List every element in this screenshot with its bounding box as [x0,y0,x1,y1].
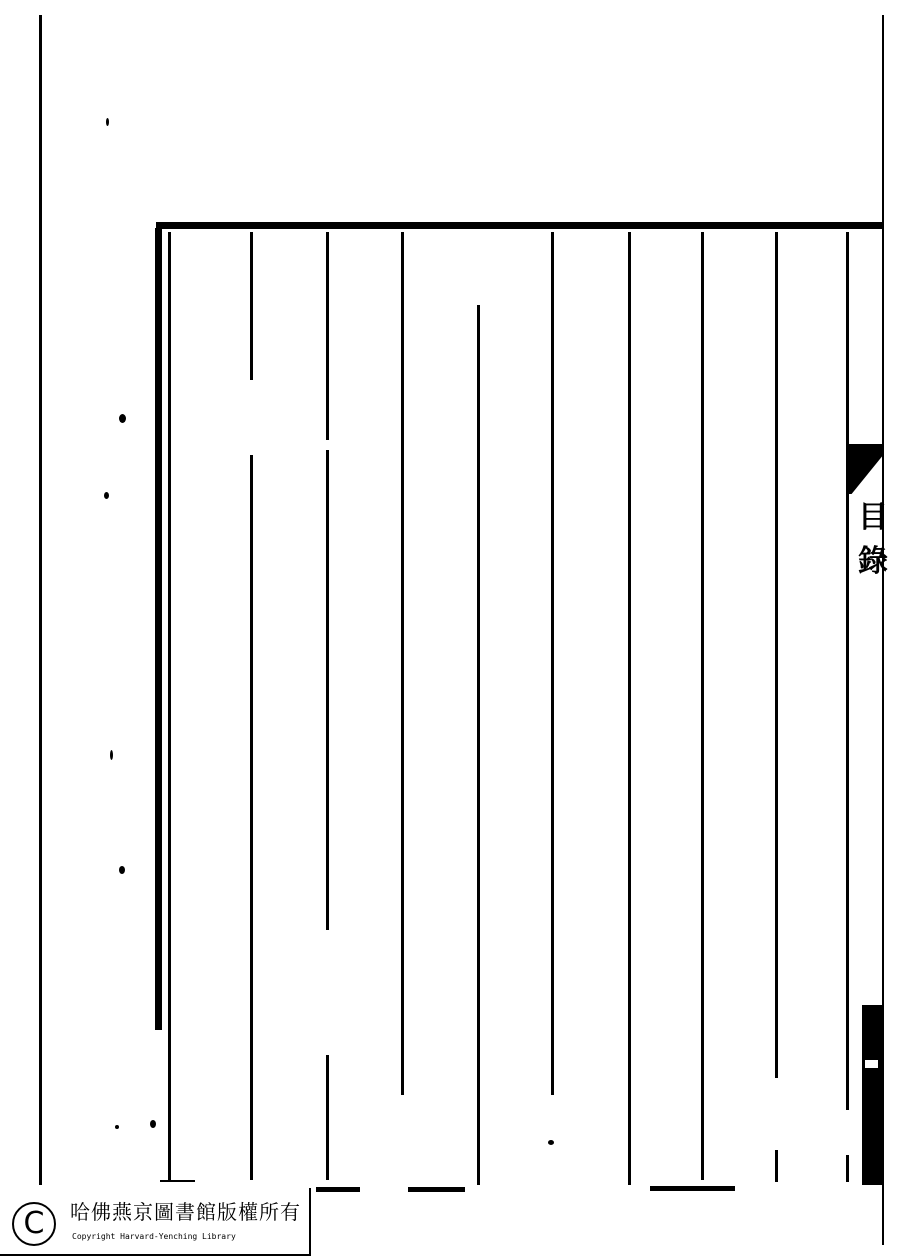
edge-notch [865,1060,878,1068]
copyright-stamp: C 哈佛燕京圖書館版權所有 Copyright Harvard-Yenching… [0,1188,311,1256]
border-rule [316,1187,360,1192]
column-rule [477,305,480,1185]
column-rule [326,450,329,930]
column-rule [39,15,42,1185]
border-rule [650,1186,735,1191]
scanned-page: 目錄 C 哈佛燕京圖書館版權所有 Copyright Harvard-Yench… [0,0,900,1260]
ink-speck [104,492,109,499]
margin-title-text: 目錄 [858,496,888,584]
column-rule [168,232,171,1180]
column-rule [250,232,253,380]
ink-speck [150,1120,156,1128]
column-rule [846,1155,849,1182]
column-rule [401,232,404,1095]
column-rule [155,228,162,1030]
column-rule [551,232,554,1095]
page-edge-shadow [862,1005,884,1185]
column-rule [326,232,329,440]
ink-speck [119,414,126,423]
copyright-english-text: Copyright Harvard-Yenching Library [72,1232,236,1241]
column-rule [775,232,778,1078]
column-rule [326,1055,329,1180]
ink-speck [110,750,113,760]
border-rule [156,222,884,229]
ink-speck [548,1140,554,1145]
column-rule [701,232,704,1180]
column-rule [846,232,849,1110]
ink-speck [119,866,125,874]
margin-title-block: 目錄 [848,444,884,604]
border-rule [160,1180,195,1182]
copyright-chinese-text: 哈佛燕京圖書館版權所有 [70,1196,301,1225]
border-rule [408,1187,465,1192]
fishtail-mark [848,444,884,494]
ink-speck [106,118,109,126]
ink-speck [115,1125,119,1129]
copyright-icon: C [12,1202,56,1246]
column-rule [628,232,631,1185]
column-rule [775,1150,778,1182]
column-rule [250,455,253,1180]
